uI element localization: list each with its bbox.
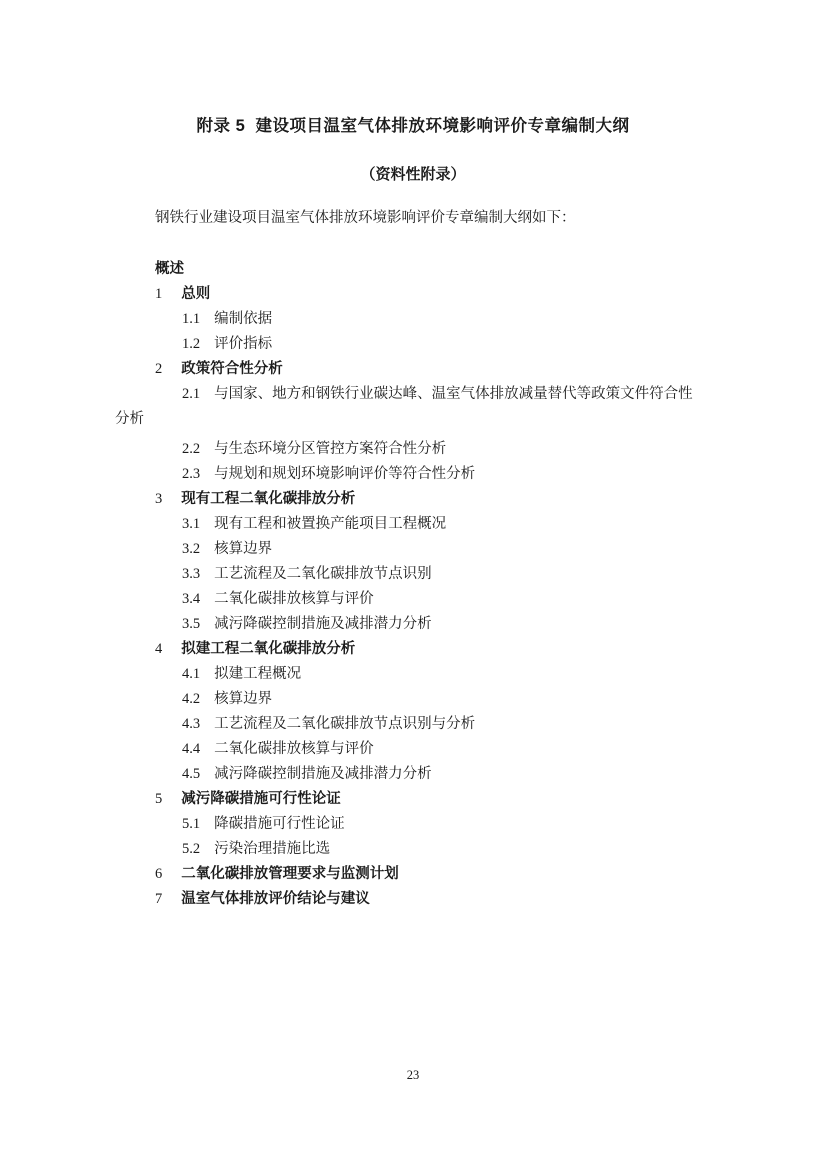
outline-item-number: 2.3 [182, 466, 200, 482]
outline-item-label: 与规划和规划环境影响评价等符合性分析 [214, 466, 475, 482]
outline-item-number: 2 [155, 361, 162, 377]
outline-item: 3.3工艺流程及二氧化碳排放节点识别 [115, 562, 700, 587]
outline-item-label: 降碳措施可行性论证 [214, 816, 345, 832]
outline-item: 3.1现有工程和被置换产能项目工程概况 [115, 512, 700, 537]
outline-item-number: 3.4 [182, 591, 200, 607]
outline-item-label: 编制依据 [214, 311, 272, 327]
outline-item-label: 工艺流程及二氧化碳排放节点识别与分析 [214, 716, 475, 732]
outline-item-label: 现有工程和被置换产能项目工程概况 [214, 516, 446, 532]
outline-item-label: 概述 [155, 261, 184, 277]
outline-item-label: 拟建工程概况 [214, 666, 301, 682]
outline-item-label: 二氧化碳排放管理要求与监测计划 [181, 866, 399, 882]
outline-item: 2.2与生态环境分区管控方案符合性分析 [115, 437, 700, 462]
outline-item-label: 与生态环境分区管控方案符合性分析 [214, 441, 446, 457]
outline-item: 2政策符合性分析 [115, 357, 700, 382]
outline-item: 4.4二氧化碳排放核算与评价 [115, 737, 700, 762]
outline-item-label: 核算边界 [214, 691, 272, 707]
outline-item-label: 减污降碳措施可行性论证 [181, 791, 341, 807]
outline-item-number: 1 [155, 286, 162, 302]
outline-item: 1.2评价指标 [115, 332, 700, 357]
outline-item-label: 评价指标 [214, 336, 272, 352]
outline-item-number: 3.5 [182, 616, 200, 632]
outline-item: 4.3工艺流程及二氧化碳排放节点识别与分析 [115, 712, 700, 737]
outline-item-number: 5.2 [182, 841, 200, 857]
outline-item: 1总则 [115, 282, 700, 307]
outline-item: 3.5减污降碳控制措施及减排潜力分析 [115, 612, 700, 637]
outline-item: 4.2核算边界 [115, 687, 700, 712]
outline-item-number: 7 [155, 891, 162, 907]
outline-item: 2.1与国家、地方和钢铁行业碳达峰、温室气体排放减量替代等政策文件符合性分析 [115, 382, 700, 432]
outline-list: 概述1总则1.1编制依据1.2评价指标2政策符合性分析2.1与国家、地方和钢铁行… [115, 257, 700, 912]
outline-item-label: 二氧化碳排放核算与评价 [214, 591, 374, 607]
outline-item: 4.5减污降碳控制措施及减排潜力分析 [115, 762, 700, 787]
outline-item: 5.1降碳措施可行性论证 [115, 812, 700, 837]
outline-item-number: 3.3 [182, 566, 200, 582]
outline-item-number: 3.2 [182, 541, 200, 557]
outline-item: 1.1编制依据 [115, 307, 700, 332]
outline-item-number: 4.4 [182, 741, 200, 757]
outline-item-number: 3.1 [182, 516, 200, 532]
outline-item: 5减污降碳措施可行性论证 [115, 787, 700, 812]
outline-item-number: 1.2 [182, 336, 200, 352]
outline-item: 6二氧化碳排放管理要求与监测计划 [115, 862, 700, 887]
outline-item: 概述 [115, 257, 700, 282]
outline-item: 3.2核算边界 [115, 537, 700, 562]
document-page: 附录 5 建设项目温室气体排放环境影响评价专章编制大纲 （资料性附录） 钢铁行业… [0, 0, 826, 1169]
outline-item-number: 2.2 [182, 441, 200, 457]
outline-item-label: 污染治理措施比选 [214, 841, 330, 857]
outline-item-label: 与国家、地方和钢铁行业碳达峰、温室气体排放减量替代等政策文件符合性分析 [115, 386, 693, 427]
outline-item-number: 1.1 [182, 311, 200, 327]
outline-item-label: 工艺流程及二氧化碳排放节点识别 [214, 566, 432, 582]
outline-item-label: 减污降碳控制措施及减排潜力分析 [214, 766, 432, 782]
outline-item-number: 2.1 [182, 386, 200, 402]
outline-item-number: 5 [155, 791, 162, 807]
outline-item: 2.3与规划和规划环境影响评价等符合性分析 [115, 462, 700, 487]
intro-paragraph: 钢铁行业建设项目温室气体排放环境影响评价专章编制大纲如下： [115, 207, 711, 229]
outline-item-number: 5.1 [182, 816, 200, 832]
outline-item: 3现有工程二氧化碳排放分析 [115, 487, 700, 512]
outline-item-number: 3 [155, 491, 162, 507]
outline-item-number: 4.3 [182, 716, 200, 732]
outline-item: 3.4二氧化碳排放核算与评价 [115, 587, 700, 612]
outline-item-label: 温室气体排放评价结论与建议 [181, 891, 370, 907]
page-title: 附录 5 建设项目温室气体排放环境影响评价专章编制大纲 [0, 112, 826, 136]
outline-item: 4.1拟建工程概况 [115, 662, 700, 687]
outline-item-label: 政策符合性分析 [181, 361, 283, 377]
outline-item-label: 减污降碳控制措施及减排潜力分析 [214, 616, 432, 632]
outline-item: 7温室气体排放评价结论与建议 [115, 887, 700, 912]
outline-item-label: 拟建工程二氧化碳排放分析 [181, 641, 355, 657]
outline-item-number: 4 [155, 641, 162, 657]
outline-item: 5.2污染治理措施比选 [115, 837, 700, 862]
outline-item-number: 6 [155, 866, 162, 882]
page-subtitle: （资料性附录） [0, 163, 826, 184]
outline-item-label: 二氧化碳排放核算与评价 [214, 741, 374, 757]
outline-item-number: 4.1 [182, 666, 200, 682]
outline-item-label: 现有工程二氧化碳排放分析 [181, 491, 355, 507]
outline-item-label: 核算边界 [214, 541, 272, 557]
page-number: 23 [0, 1068, 826, 1083]
outline-item-number: 4.5 [182, 766, 200, 782]
outline-item-label: 总则 [181, 286, 210, 302]
outline-item-number: 4.2 [182, 691, 200, 707]
outline-item: 4拟建工程二氧化碳排放分析 [115, 637, 700, 662]
